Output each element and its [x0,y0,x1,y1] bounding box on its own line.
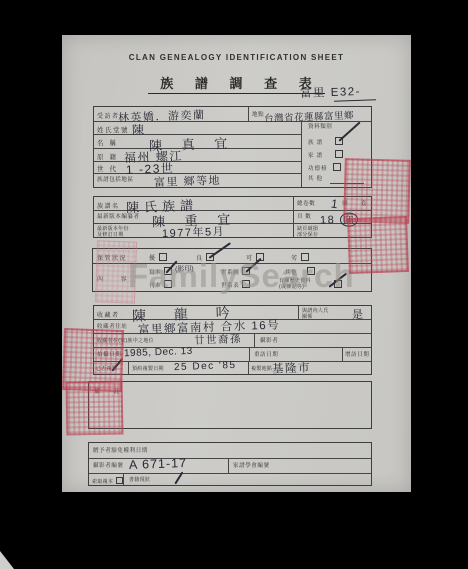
field-relation-value: 是 [352,306,365,322]
note-underline [334,99,376,102]
handwritten-file-note: 富里 E32- [300,83,362,101]
field-origin-label: 原籍 [97,152,122,161]
checkbox-icon [335,150,343,158]
category-item-family-genealogy: 家譜 [308,150,343,160]
field-editor-label: 最新版本編纂者 [97,214,140,221]
field-copy-schedule-value: 25 Dec '85 [174,360,237,373]
divider [248,361,249,374]
field-damage-label: 缺頁破損部分保存 [297,226,318,239]
divider [89,473,371,474]
handwritten-check-mark [338,121,360,141]
category-item-label: 家譜 [308,153,325,159]
scan-corner-artifact [0,551,14,569]
label-line: 缺頁破損 [297,226,318,232]
label-line: 部分保存 [297,232,318,238]
field-edition-date-label: 最新版本年份及修訂日期 [97,226,129,239]
field-surname-hall-label: 姓氏堂號 [97,125,129,134]
category-item-label: 族譜 [308,140,325,146]
field-name-label: 名稱 [97,138,122,147]
section-owner-table: 收藏者 陳 龍 吟 與譜內人氏關係 是 收藏者住址 富里鄉富南村 合水 16号 … [93,305,372,375]
divider [298,306,299,319]
divider [293,197,294,237]
field-pages-label: 頁 數 [297,214,311,221]
field-camera-number-label: 攝影者編號 [93,463,124,470]
field-interviewee-label: 受訪者 [97,111,120,120]
divider [249,347,250,361]
category-header: 資料類別 [308,124,332,131]
checkbox-icon [116,477,123,484]
field-location-label: 地點 [252,112,264,119]
field-owner-label: 收藏者 [97,310,120,319]
red-seal-stamp [343,158,411,224]
divider [301,121,302,187]
category-item-label: 其他 [308,176,325,182]
field-camera-number-value: A 671-17 [129,456,188,472]
field-book-status-label: 書籍現狀 [129,477,150,484]
field-relation-label: 與譜內人氏關係 [302,308,329,321]
divider [248,107,249,121]
scanned-form-page: CLAN GENEALOGY IDENTIFICATION SHEET 族 譜 … [62,35,411,492]
label-line: 關係 [302,314,313,320]
red-seal-stamp [66,381,124,436]
label-line: 最新版本年份 [97,226,129,232]
form-title-text: 族 譜 調 查 表 [148,76,324,94]
label-line: 與譜內人氏 [302,308,329,314]
field-copy-request-label: 索取複本 [92,477,123,486]
field-photographer-label: 攝影者 [260,338,278,345]
divider [128,361,129,374]
category-item-other: 其他 [308,176,325,183]
field-region-value: 富里 鄉等地 [154,172,222,190]
field-volumes-label: 總卷數 [297,201,315,208]
field-edition-date-value: 1977年5月 [162,223,226,241]
category-item-clan-genealogy: 族譜 [308,137,343,147]
field-region-label: 族譜包括地區 [97,177,134,184]
category-item-merit-board: 功德榜 [308,163,341,173]
divider [254,333,255,347]
section-interviewee-table: 受訪者 林英嬌．游奕蘭 地點 台灣省花蓮縣富里鄉 姓氏堂號 陳 名稱 陳 真 宜… [93,106,372,188]
field-added-visit-date-label: 增訪日期 [345,352,369,359]
field-generations-label: 世代 [97,164,122,173]
field-title-label: 族譜名 [97,201,120,210]
field-copy-place-value: 基隆市 [272,359,312,376]
field-revisit-date-label: 重訪日期 [254,352,278,359]
english-header: CLAN GENEALOGY IDENTIFICATION SHEET [62,53,411,62]
red-seal-stamp [347,216,409,274]
field-owner-position-value: 廿世裔孫 [194,331,242,348]
label-line: 及修訂日期 [97,232,124,238]
checkbox-icon [333,163,341,171]
section-remarks-box: 備 註 [88,381,372,429]
field-donor-release-label: 贈予者豁免權利日期 [93,448,148,455]
field-copy-place-label: 複製地點 [251,366,272,373]
divider [228,458,229,473]
section-book-table: 族譜名 陳氏族譜 總卷數 1 冊 套 最新版本編纂者 陳 重 宜 頁 數 18 … [93,196,372,238]
field-society-number-label: 家譜學會編號 [233,463,270,470]
field-surname-hall-value: 陳 [132,121,146,138]
field-copy-schedule-label: 預約複製日期 [132,366,164,373]
section-numbers-table: 贈予者豁免權利日期 攝影者編號 A 671-17 家譜學會編號 索取複本 書籍現… [88,442,372,486]
divider [342,347,343,361]
watermark-text: FamilySearch [128,257,355,295]
option-label: 索取複本 [92,479,113,485]
pages-number: 18 [320,214,336,227]
field-filming-date-value: 1985, Dec. 13 [124,346,193,359]
category-item-label: 功德榜 [308,166,328,172]
